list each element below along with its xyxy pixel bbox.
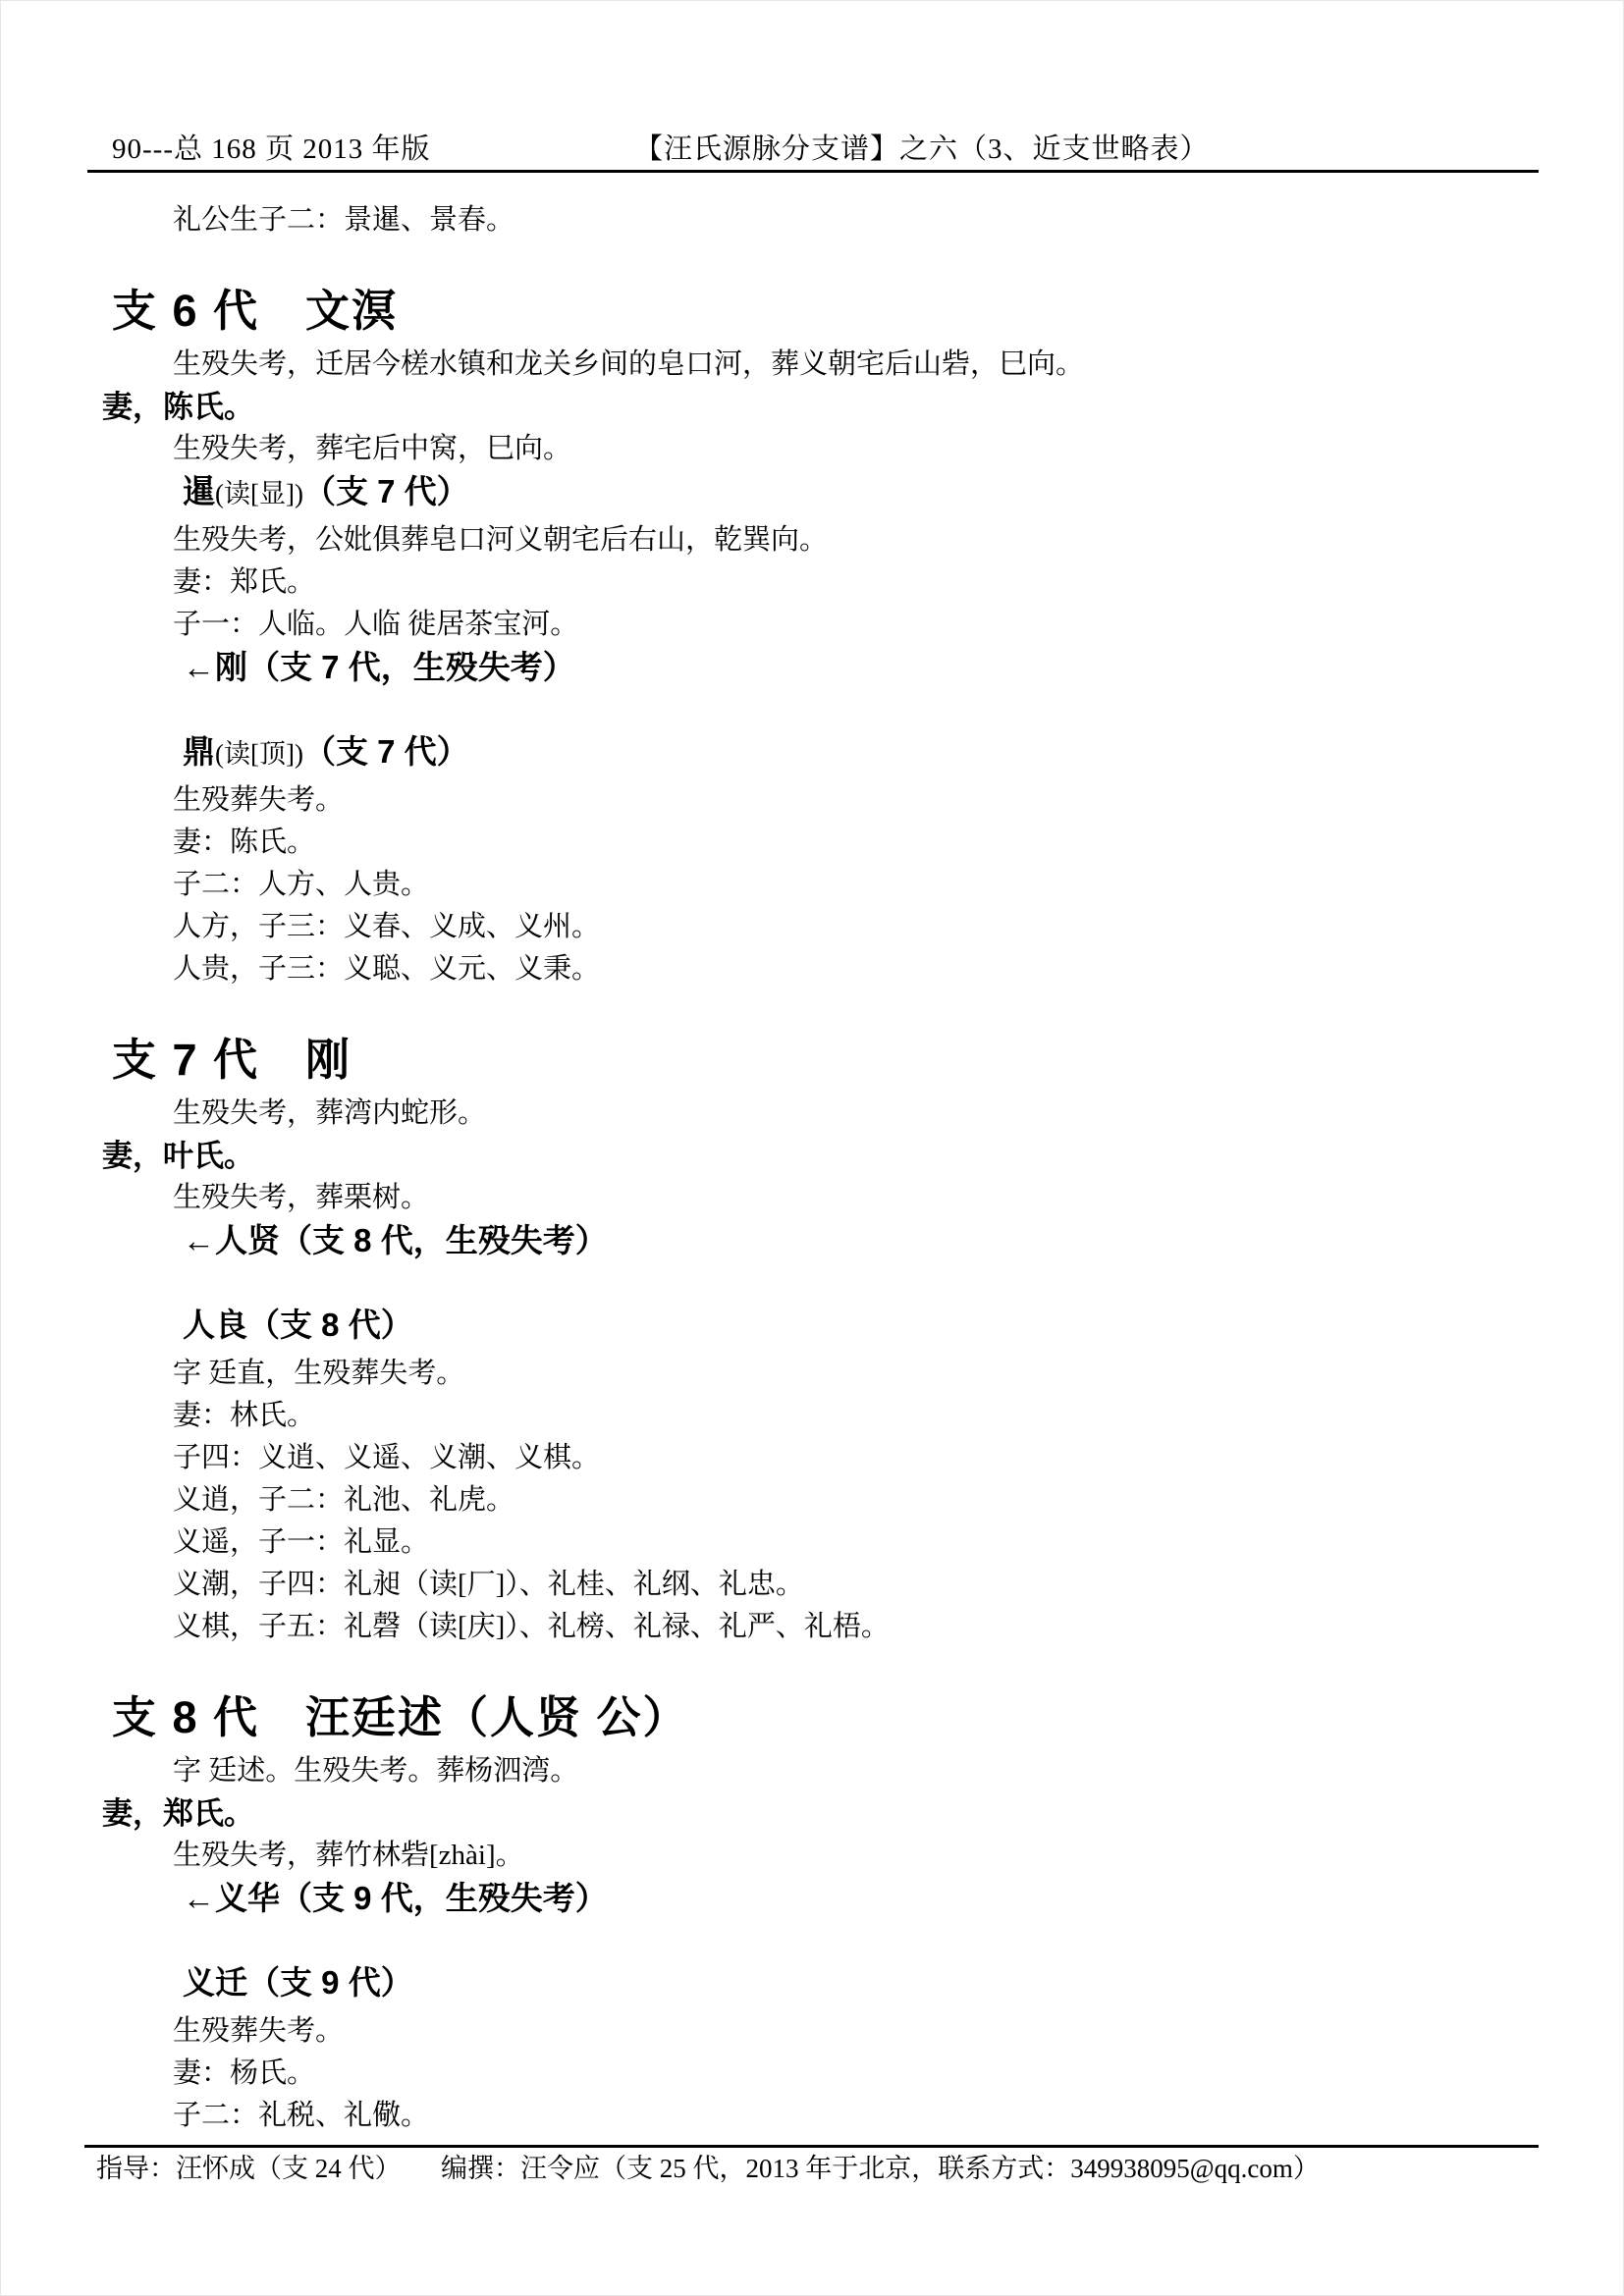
- header-divider-rule: [87, 170, 1539, 173]
- text-line: 礼公生子二：景暹、景春。: [112, 199, 1408, 241]
- text-line: 生殁失考，葬宅后中窝，巳向。: [112, 428, 1408, 470]
- text-line: 义潮，子四：礼昶（读[厂]）、礼桂、礼纲、礼忠。: [112, 1564, 1408, 1606]
- pronunciation-note: (读[显]): [215, 479, 303, 508]
- person-subheading: 义迁（支 9 代）: [112, 1961, 1408, 2010]
- text-line: 生殁失考，葬湾内蛇形。: [112, 1093, 1408, 1135]
- text-line: 子二：礼税、礼儆。: [112, 2095, 1408, 2137]
- generation-heading: 支 7 代 刚: [112, 1036, 1408, 1085]
- text-line: 子四：义逍、义遥、义潮、义棋。: [112, 1437, 1408, 1479]
- text-line: 生殁葬失考。: [112, 2010, 1408, 2053]
- text-line: 生殁失考，迁居今槎水镇和龙关乡间的皂口河，葬义朝宅后山砦，巳向。: [112, 344, 1408, 386]
- footer-divider-rule: [84, 2145, 1539, 2148]
- person-subheading: 鼎(读[顶])（支 7 代）: [112, 730, 1408, 779]
- person-subheading: 暹(读[显])（支 7 代）: [112, 470, 1408, 519]
- cross-reference-line: ←人贤（支 8 代，生殁失考）: [112, 1219, 1408, 1261]
- generation-heading: 支 8 代 汪廷述（人贤 公）: [112, 1693, 1408, 1742]
- wife-entry-line: 妻，郑氏。: [102, 1792, 1408, 1835]
- person-subheading: 人良（支 8 代）: [112, 1304, 1408, 1353]
- spacer: [112, 1261, 1408, 1304]
- text-line: 妻：郑氏。: [112, 561, 1408, 604]
- text-line: 妻：杨氏。: [112, 2053, 1408, 2095]
- editor-credits-footer: 指导：汪怀成（支 24 代） 编撰：汪令应（支 25 代，2013 年于北京，联…: [96, 2153, 1320, 2184]
- wife-entry-line: 妻，叶氏。: [102, 1135, 1408, 1177]
- text-line: 义遥，子一：礼显。: [112, 1522, 1408, 1564]
- cross-reference-line: ←义华（支 9 代，生殁失考）: [112, 1877, 1408, 1919]
- wife-entry-line: 妻，陈氏。: [102, 386, 1408, 428]
- spacer: [112, 688, 1408, 730]
- subheading-text: 暹: [183, 473, 215, 509]
- text-line: 子二：人方、人贵。: [112, 864, 1408, 906]
- content-area: 礼公生子二：景暹、景春。支 6 代 文溟生殁失考，迁居今槎水镇和龙关乡间的皂口河…: [112, 199, 1408, 2137]
- subheading-text: 人良（支 8 代）: [183, 1307, 413, 1343]
- text-line: 字 廷述。生殁失考。葬杨泗湾。: [112, 1750, 1408, 1792]
- text-line: 字 廷直，生殁葬失考。: [112, 1353, 1408, 1395]
- text-line: 人贵，子三：义聪、义元、义秉。: [112, 948, 1408, 990]
- page-number-header: 90---总 168 页 2013 年版: [112, 133, 430, 166]
- text-line: 生殁失考，葬栗树。: [112, 1177, 1408, 1219]
- pronunciation-note: (读[顶]): [215, 739, 303, 769]
- subheading-text: 鼎: [183, 733, 215, 770]
- cross-reference-line: ←刚（支 7 代，生殁失考）: [112, 646, 1408, 688]
- text-line: 义逍，子二：礼池、礼虎。: [112, 1479, 1408, 1522]
- text-line: 生殁失考，公妣俱葬皂口河义朝宅后右山，乾巽向。: [112, 519, 1408, 561]
- text-line: 生殁葬失考。: [112, 779, 1408, 822]
- text-line: 妻：陈氏。: [112, 822, 1408, 864]
- subheading-text: 义迁（支 9 代）: [183, 1964, 413, 2001]
- text-line: 妻：林氏。: [112, 1395, 1408, 1437]
- text-line: 人方，子三：义春、义成、义州。: [112, 906, 1408, 948]
- subheading-text: （支 7 代）: [303, 473, 469, 509]
- text-line: 义棋，子五：礼磬（读[庆]）、礼榜、礼禄、礼严、礼梧。: [112, 1606, 1408, 1648]
- book-title-header: 【汪氏源脉分支谱】之六（3、近支世略表）: [634, 133, 1210, 166]
- subheading-text: （支 7 代）: [303, 733, 469, 770]
- generation-heading: 支 6 代 文溟: [112, 287, 1408, 336]
- text-line: 子一：人临。人临 徙居茶宝河。: [112, 604, 1408, 646]
- spacer: [112, 1919, 1408, 1961]
- genealogy-page: 90---总 168 页 2013 年版 【汪氏源脉分支谱】之六（3、近支世略表…: [0, 0, 1624, 2296]
- text-line: 生殁失考，葬竹林砦[zhài]。: [112, 1835, 1408, 1877]
